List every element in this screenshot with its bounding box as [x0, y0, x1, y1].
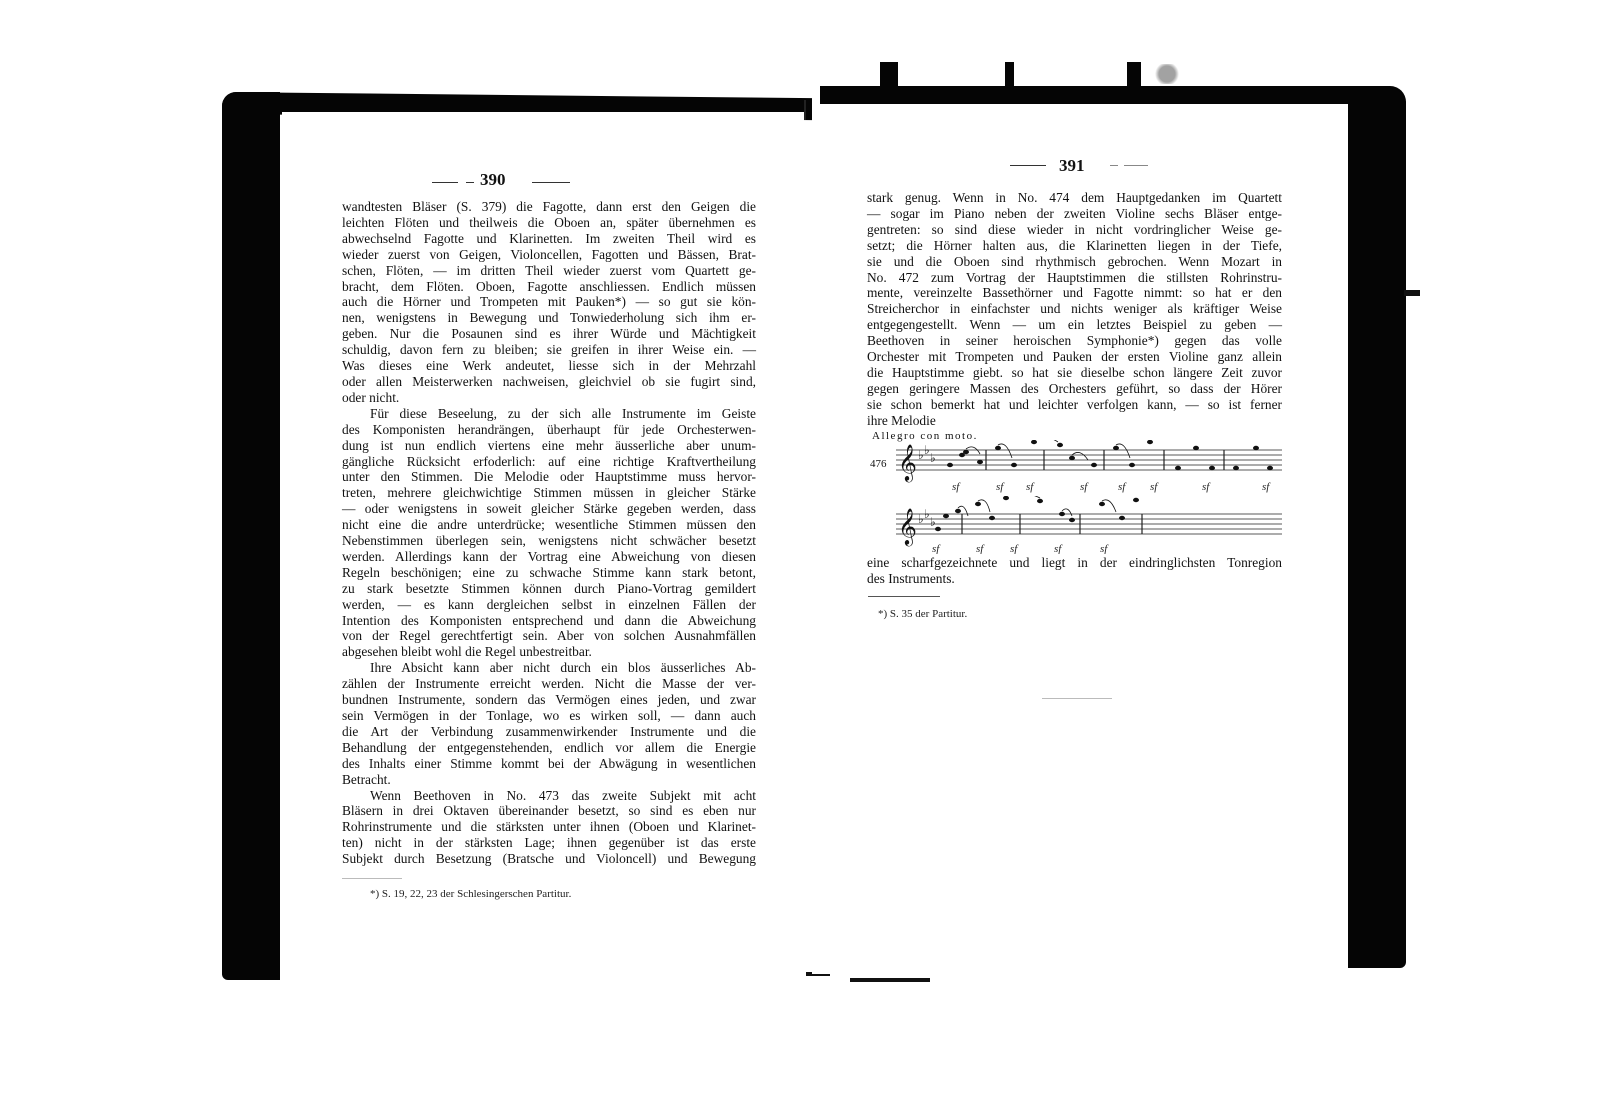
music-staff-1: 𝄞 ♭ ♭ ♭ sf sf sf sf sf sf sf — [896, 440, 1286, 496]
svg-text:sf: sf — [1054, 543, 1063, 554]
text-line: des Komponisten herandrängen, überhaupt … — [342, 422, 756, 438]
book-cover-left — [222, 92, 280, 980]
text-line: dung ist nun endlich viertens eine mehr … — [342, 438, 756, 454]
svg-text:♭: ♭ — [930, 515, 936, 529]
text-line: eine scharfgezeichnete und liegt in der … — [867, 555, 1282, 571]
text-line: sein Vermögen in der Tonlage, wo es wirk… — [342, 708, 756, 724]
left-page-body: wandtesten Bläser (S. 379) die Fagotte, … — [342, 199, 756, 867]
text-line: Rohrinstrumente und die stärksten unter … — [342, 819, 756, 835]
right-page: 391 stark genug. Wenn in No. 474 dem Hau… — [812, 112, 1348, 974]
text-line: Intention des Komponisten entsprechend u… — [342, 613, 756, 629]
text-line: Orchester mit Trompeten und Pauken der e… — [867, 349, 1282, 365]
text-line: Behandlung der entgegenstehenden, endlic… — [342, 740, 756, 756]
text-line: leichten Flöten und theilweis die Oboen … — [342, 215, 756, 231]
spine-bottom-mark — [850, 978, 930, 982]
text-line: No. 472 zum Vortrag der Hauptstimmen die… — [867, 270, 1282, 286]
footnote-rule — [342, 878, 402, 879]
bookmark-tab — [880, 62, 898, 92]
text-line: — sogar im Piano neben der zweiten Violi… — [867, 206, 1282, 222]
bookmark-tab — [1127, 62, 1141, 92]
example-number: 476 — [870, 458, 887, 470]
header-rule — [432, 182, 458, 183]
svg-text:𝄞: 𝄞 — [898, 508, 917, 546]
text-line: gängliche Rücksicht erfoderlich: auf ein… — [342, 454, 756, 470]
text-line: unter den Stimmen. Die Melodie oder Haup… — [342, 469, 756, 485]
text-line: bracht, dem Flöten. Oboen, Fagotte ansch… — [342, 279, 756, 295]
left-page: 390 wandtesten Bläser (S. 379) die Fagot… — [282, 112, 804, 978]
right-page-body: stark genug. Wenn in No. 474 dem Hauptge… — [867, 190, 1282, 429]
page-number: 391 — [1059, 156, 1085, 176]
text-line: nicht eine die andre unterdrücke; wesent… — [342, 517, 756, 533]
page-number: 390 — [480, 170, 506, 190]
svg-text:sf: sf — [1026, 481, 1035, 493]
text-line: werden. Allerdings kann der Vortrag eine… — [342, 549, 756, 565]
svg-text:♭: ♭ — [924, 507, 930, 521]
text-line: zählen der Instrumente erreicht werden. … — [342, 676, 756, 692]
header-rule — [532, 182, 570, 183]
text-line: gentreten: so sind diese wieder in nicht… — [867, 222, 1282, 238]
text-line: setzt; die Hörner halten aus, die Klarin… — [867, 238, 1282, 254]
header-rule — [466, 182, 474, 183]
svg-text:♭: ♭ — [918, 448, 924, 462]
text-line: Was dieses eine Werk andeutet, liesse si… — [342, 358, 756, 374]
text-line: sie schon bemerkt hat und leichter verfo… — [867, 397, 1282, 413]
right-page-body-after-example: eine scharfgezeichnete und liegt in der … — [867, 555, 1282, 587]
footnote: *) S. 35 der Partitur. — [878, 608, 967, 620]
text-line: sie und die Oboen sind rhythmisch gebroc… — [867, 254, 1282, 270]
text-line: stark genug. Wenn in No. 474 dem Hauptge… — [867, 190, 1282, 206]
text-line: zu stark besetzte Stimmen können durch P… — [342, 581, 756, 597]
text-line: abwechselnd Fagotte und Klarinetten. Im … — [342, 231, 756, 247]
text-line: abgesehen bleibt wohl die Regel unbestre… — [342, 644, 756, 660]
book-cover-right — [1348, 88, 1406, 968]
svg-text:♭: ♭ — [930, 451, 936, 465]
svg-text:sf: sf — [952, 481, 961, 493]
cover-edge-mark — [1404, 290, 1420, 296]
svg-text:sf: sf — [932, 543, 941, 554]
text-line: wieder zuerst von Geigen, Violoncellen, … — [342, 247, 756, 263]
text-line: Bläsern in drei Oktaven übereinander bes… — [342, 803, 756, 819]
music-staff-2: 𝄞 ♭ ♭ ♭ sf sf sf sf sf — [896, 496, 1286, 554]
text-line: Nebenstimmen überlegen sein, wenigstens … — [342, 533, 756, 549]
svg-text:sf: sf — [1202, 481, 1211, 493]
text-line: geben. Nur die Posaunen sind es ihrer Wü… — [342, 326, 756, 342]
text-line: ihre Melodie — [867, 413, 1282, 429]
text-line: die Hauptstimme giebt. so hat sie diesel… — [867, 365, 1282, 381]
book-cover-top-right — [820, 86, 1406, 104]
svg-text:𝄞: 𝄞 — [898, 444, 917, 482]
text-line: Betracht. — [342, 772, 756, 788]
svg-text:sf: sf — [1010, 543, 1019, 554]
text-line: auch die Hörner und Trompeten mit Pauken… — [342, 294, 756, 310]
text-line: oder nicht. — [342, 390, 756, 406]
text-line: oder allen Meisterwerken nachweisen, gle… — [342, 374, 756, 390]
text-line: des Instruments. — [867, 571, 1282, 587]
text-line: Für diese Beseelung, zu der sich alle In… — [342, 406, 756, 422]
text-line: Ihre Absicht kann aber nicht durch ein b… — [342, 660, 756, 676]
text-line: treten, mehrere gleichwichtige Stimmen m… — [342, 485, 756, 501]
text-line: gegen geringere Massen des Orchesters ge… — [867, 381, 1282, 397]
svg-text:sf: sf — [996, 481, 1005, 493]
text-line: Streicherchor in einfachster und nichts … — [867, 301, 1282, 317]
text-line: Subjekt durch Besetzung (Bratsche und Vi… — [342, 851, 756, 867]
header-rule — [1010, 165, 1046, 166]
text-line: bundnen Instrumente, sondern das Vermöge… — [342, 692, 756, 708]
footnote-rule — [868, 596, 940, 597]
header-rule — [1124, 165, 1148, 166]
text-line: ten) nicht in der stärksten Lage; ihnen … — [342, 835, 756, 851]
text-line: werden, — es kann dergleichen selbst in … — [342, 597, 756, 613]
svg-text:sf: sf — [1150, 481, 1159, 493]
text-line: entgegengestellt. Wenn — um ein letztes … — [867, 317, 1282, 333]
svg-text:sf: sf — [1262, 481, 1271, 493]
text-line: die Art der Verbindung zusammenwirkender… — [342, 724, 756, 740]
text-line: schuldig, davon fern zu bleiben; sie gre… — [342, 342, 756, 358]
header-rule — [1110, 165, 1118, 166]
svg-text:♭: ♭ — [924, 443, 930, 457]
text-line: mente, vereinzelte Bassethörner und Fago… — [867, 285, 1282, 301]
svg-text:sf: sf — [1118, 481, 1127, 493]
text-line: nen, wenigstens in Bewegung und Tonwiede… — [342, 310, 756, 326]
text-line: von der Regel gerechtfertigt sein. Aber … — [342, 628, 756, 644]
scan-noise — [1140, 64, 1230, 84]
bookmark-tab — [1005, 62, 1014, 92]
text-line: Beethoven in seiner heroischen Symphonie… — [867, 333, 1282, 349]
text-line: Wenn Beethoven in No. 473 das zweite Sub… — [342, 788, 756, 804]
svg-text:sf: sf — [1100, 543, 1109, 554]
spine-mark — [804, 100, 806, 120]
svg-text:sf: sf — [976, 543, 985, 554]
svg-text:♭: ♭ — [918, 512, 924, 526]
text-line: schen, Flöten, — im dritten Theil wieder… — [342, 263, 756, 279]
text-line: Regeln beschönigen; eine zu schwache Sti… — [342, 565, 756, 581]
text-line: wandtesten Bläser (S. 379) die Fagotte, … — [342, 199, 756, 215]
end-rule — [1042, 698, 1112, 699]
text-line: des Inhalts einer Stimme kommt bei der A… — [342, 756, 756, 772]
text-line: — oder wenigstens in soweit gleicher Stä… — [342, 501, 756, 517]
footnote: *) S. 19, 22, 23 der Schlesingerschen Pa… — [370, 888, 571, 900]
svg-text:sf: sf — [1080, 481, 1089, 493]
